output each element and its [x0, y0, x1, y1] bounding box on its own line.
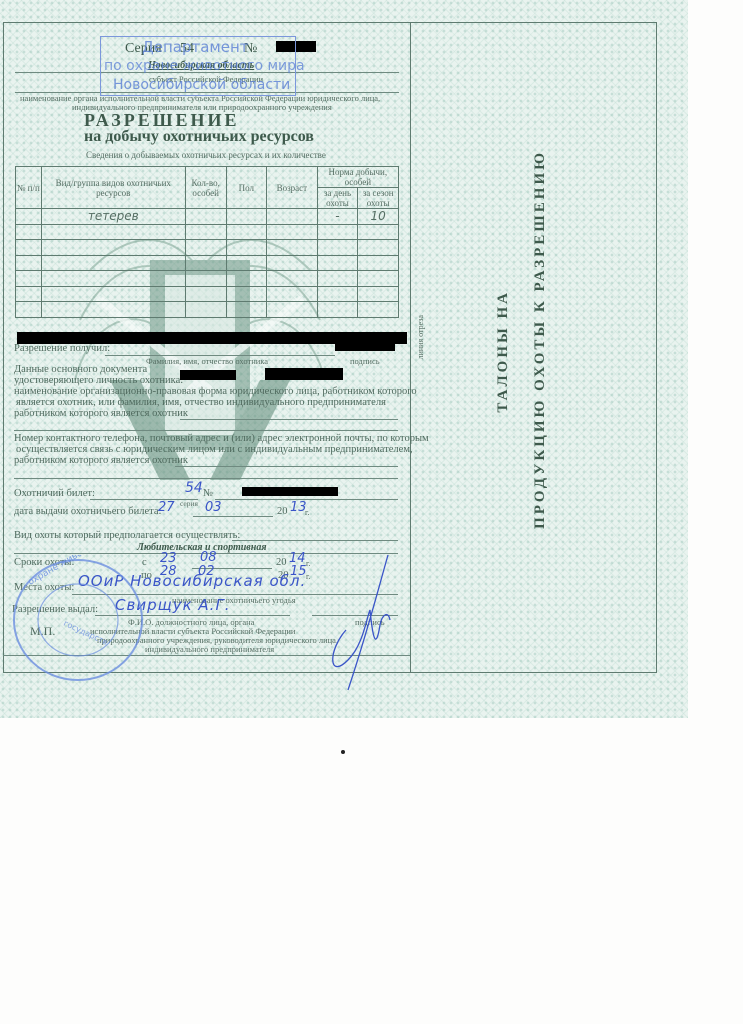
ticket-month-line	[193, 516, 273, 517]
cell-per-season	[358, 224, 399, 240]
period-from-month: 08	[200, 550, 217, 565]
cell-num	[16, 255, 42, 271]
contact-line-1: Номер контактного телефона, почтовый адр…	[14, 433, 429, 444]
cell-sex	[226, 224, 267, 240]
cell-count	[185, 286, 226, 302]
redacted-hunter-signature	[335, 343, 395, 351]
cell-num	[16, 302, 42, 318]
employer-line-1: наименование организационно-правовая фор…	[14, 386, 417, 397]
employer-line	[180, 419, 398, 420]
cell-per-day	[317, 271, 358, 287]
issuer-caption-4: индивидуального предпринимателя	[145, 644, 274, 654]
cell-per-season	[358, 255, 399, 271]
cell-age	[267, 224, 318, 240]
cell-species	[41, 240, 185, 256]
ticket-number-label: №	[203, 488, 213, 499]
cell-age	[267, 271, 318, 287]
period-from-year-suffix: г.	[306, 559, 310, 568]
cell-count	[185, 240, 226, 256]
cell-num	[16, 224, 42, 240]
table-row	[16, 302, 399, 318]
cell-per-season	[358, 240, 399, 256]
recipient-signature-caption: подпись	[350, 356, 380, 366]
header-per-day: за день охоты	[317, 188, 358, 209]
cell-age	[267, 302, 318, 318]
cell-per-season	[358, 271, 399, 287]
stamp-line-3: Новосибирской области	[113, 77, 290, 93]
cell-age	[267, 240, 318, 256]
redacted-id-series	[180, 370, 236, 380]
cell-age	[267, 255, 318, 271]
table-row	[16, 271, 399, 287]
recipient-name-caption: Фамилия, имя, отчество охотника	[146, 356, 268, 366]
cell-count	[185, 255, 226, 271]
document-subtitle: на добычу охотничьих ресурсов	[84, 128, 314, 146]
table-caption: Сведения о добываемых охотничьих ресурса…	[86, 150, 326, 160]
table-row	[16, 286, 399, 302]
cell-species	[41, 255, 185, 271]
redacted-id-number	[265, 368, 343, 380]
stamp-line-1: Департамент	[142, 38, 249, 56]
cell-per-day	[317, 224, 358, 240]
table-row	[16, 255, 399, 271]
header-per-season: за сезон охоты	[358, 188, 399, 209]
contact-line-3: работником которого является охотник	[14, 455, 188, 466]
cell-per-season	[358, 302, 399, 318]
cell-per-season	[358, 286, 399, 302]
contact-line-extra	[14, 478, 398, 479]
cell-num	[16, 271, 42, 287]
table-row: тетерев-10	[16, 209, 399, 225]
stub-title-line-1: ТАЛОНЫ НА	[495, 290, 512, 413]
resources-table: № п/п Вид/группа видов охотничьих ресурс…	[15, 166, 399, 318]
id-doc-label-1: Данные основного документа	[14, 364, 147, 375]
cell-species	[41, 302, 185, 318]
ticket-series-value: 54	[185, 480, 203, 496]
cell-species: тетерев	[41, 209, 185, 225]
employer-line-extra	[14, 430, 398, 431]
contact-line	[175, 466, 398, 467]
svg-text:охране животного: охране животного	[27, 555, 109, 588]
cell-sex	[226, 302, 267, 318]
header-norm: Норма добычи, особей	[317, 167, 398, 188]
header-count: Кол-во, особей	[185, 167, 226, 209]
ticket-issue-day: 27	[158, 500, 175, 515]
cell-sex	[226, 255, 267, 271]
ticket-issue-month: 03	[205, 500, 222, 515]
cell-count	[185, 209, 226, 225]
ticket-year-suffix: г.	[305, 508, 309, 517]
cell-per-day	[317, 286, 358, 302]
recipient-label: Разрешение получил:	[14, 343, 110, 354]
header-num: № п/п	[16, 167, 42, 209]
period-to-year-suffix: г.	[306, 572, 310, 581]
hunt-type-label: Вид охоты который предполагается осущест…	[14, 530, 240, 541]
ticket-series-caption: серия	[180, 499, 198, 508]
cell-per-season: 10	[358, 209, 399, 225]
cell-num	[16, 286, 42, 302]
cell-sex	[226, 209, 267, 225]
ticket-year-prefix: 20	[277, 506, 288, 517]
cut-line-label: линия отреза	[416, 315, 425, 359]
cell-sex	[226, 271, 267, 287]
cell-species	[41, 224, 185, 240]
cell-sex	[226, 286, 267, 302]
hunt-type-line	[232, 540, 398, 541]
cell-age	[267, 209, 318, 225]
period-from-year-prefix: 20	[276, 557, 287, 568]
header-age: Возраст	[267, 167, 318, 209]
ticket-issue-label: дата выдачи охотничьего билета:	[14, 506, 161, 517]
redacted-ticket-number	[242, 487, 338, 496]
table-row	[16, 240, 399, 256]
svg-text:государств: государств	[62, 619, 109, 647]
cell-species	[41, 271, 185, 287]
stamp-line-2: по охране животного мира	[104, 58, 305, 74]
ticket-label: Охотничий билет:	[14, 488, 95, 499]
header-sex: Пол	[226, 167, 267, 209]
scan-speck	[341, 750, 345, 754]
cell-count	[185, 224, 226, 240]
cell-species	[41, 286, 185, 302]
id-doc-label-2: удостоверяющего личность охотника:	[14, 375, 183, 386]
stub-title-line-2: ПРОДУКЦИЮ ОХОТЫ К РАЗРЕШЕНИЮ	[532, 150, 549, 529]
header-species: Вид/группа видов охотничьих ресурсов	[41, 167, 185, 209]
round-seal-icon: охране животного государств	[8, 555, 148, 685]
stub-divider	[410, 22, 411, 672]
cell-num	[16, 240, 42, 256]
cell-age	[267, 286, 318, 302]
cell-count	[185, 302, 226, 318]
cell-sex	[226, 240, 267, 256]
contact-line-2: осуществляется связь с юридическим лицом…	[16, 444, 413, 455]
table-row	[16, 224, 399, 240]
cell-per-day	[317, 240, 358, 256]
issuer-signature-icon	[318, 550, 408, 695]
cell-num	[16, 209, 42, 225]
employer-line-3: работником которого является охотник	[14, 408, 188, 419]
employer-line-2: является охотник, или фамилия, имя, отче…	[16, 397, 386, 408]
cell-count	[185, 271, 226, 287]
permit-sheet: Серия 54 № Новосибирская область субъект…	[0, 0, 688, 718]
cell-per-day	[317, 255, 358, 271]
cell-per-day: -	[317, 209, 358, 225]
cell-per-day	[317, 302, 358, 318]
